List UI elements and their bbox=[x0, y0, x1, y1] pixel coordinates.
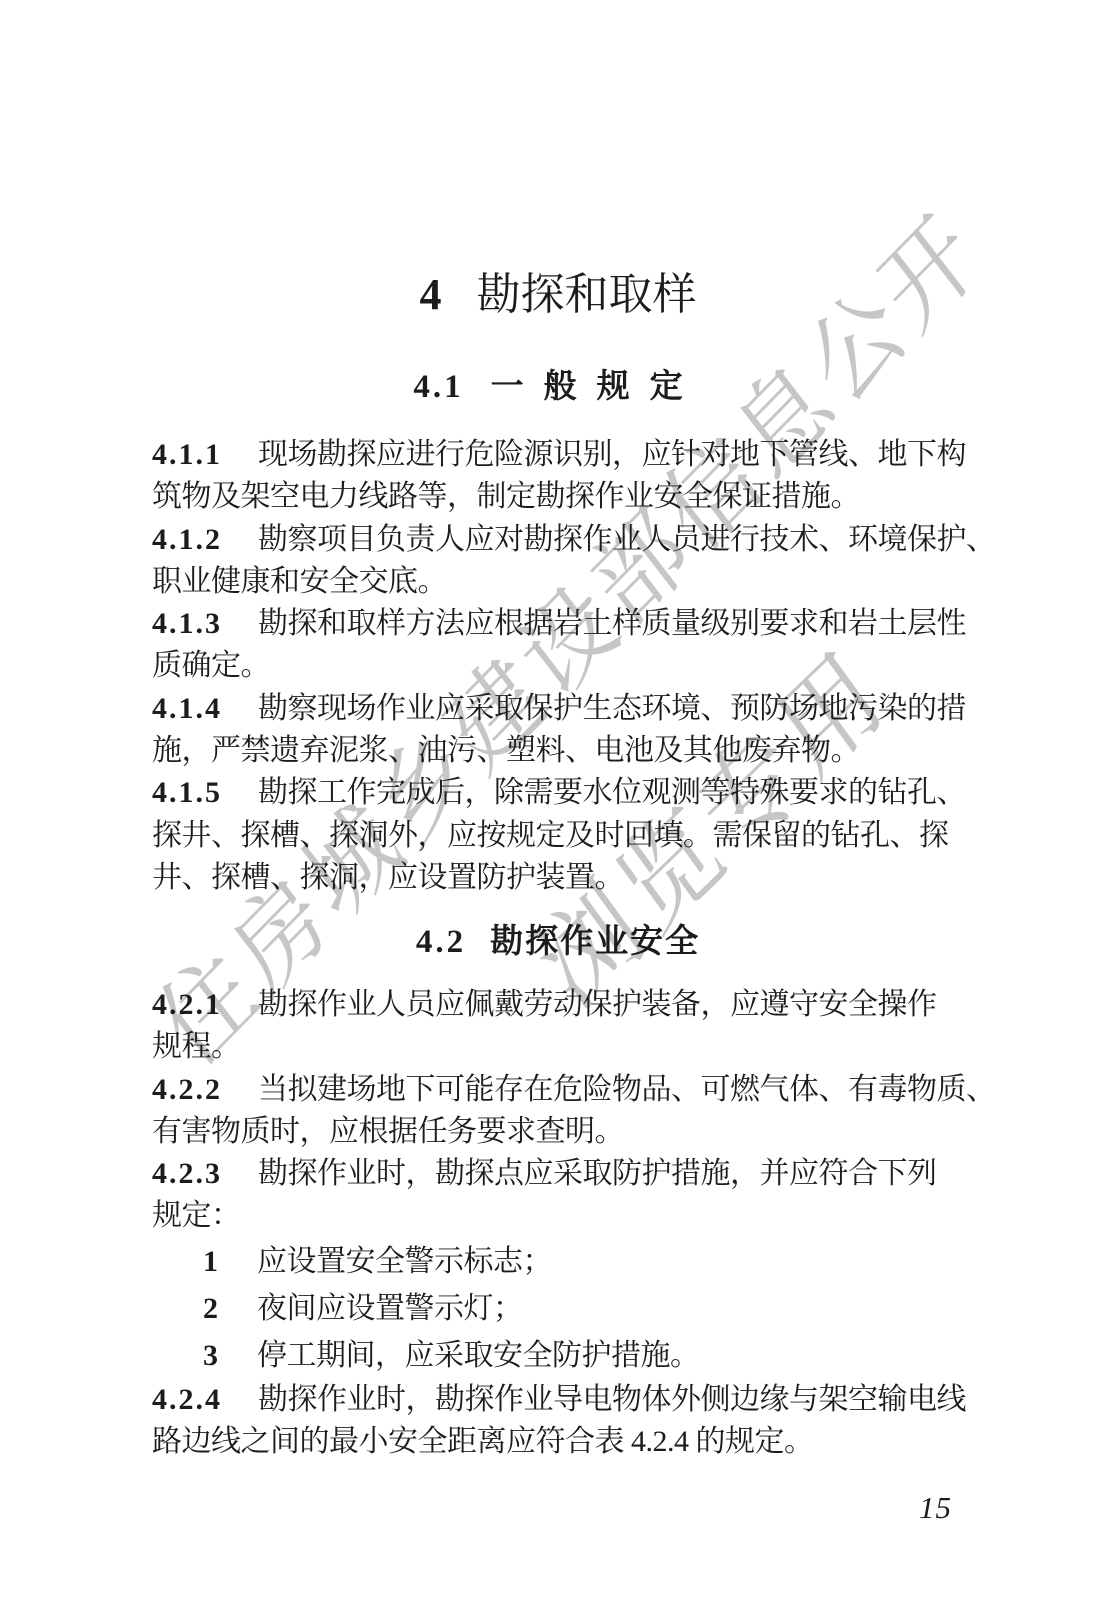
chapter-number: 4 bbox=[420, 270, 443, 319]
section-4-1-body: 4.1.1现场勘探应进行危险源识别，应针对地下管线、地下构 筑物及架空电力线路等… bbox=[152, 434, 982, 899]
list-item-number: 2 bbox=[203, 1285, 257, 1332]
chapter-heading: 4勘探和取样 bbox=[152, 268, 964, 322]
paragraph-4-1-2-line: 职业健康和安全交底。 bbox=[152, 561, 982, 603]
paragraph-number: 4.2.4 bbox=[152, 1379, 258, 1421]
list-item-text: 停工期间，应采取安全防护措施。 bbox=[257, 1339, 700, 1372]
paragraph-4-2-4-line: 4.2.4勘探作业时，勘探作业导电物体外侧边缘与架空输电线 bbox=[152, 1379, 982, 1421]
paragraph-4-1-5-line: 井、探槽、探洞，应设置防护装置。 bbox=[152, 857, 982, 899]
paragraph-4-1-3-line: 4.1.3勘探和取样方法应根据岩土样质量级别要求和岩土层性 bbox=[152, 603, 982, 645]
paragraph-text: 当拟建场地下可能存在危险物品、可燃气体、有毒物质、 bbox=[258, 1073, 996, 1106]
section-4-1-number: 4.1 bbox=[413, 369, 463, 405]
paragraph-4-2-2-line: 有害物质时，应根据任务要求查明。 bbox=[152, 1111, 982, 1153]
list-item-3: 3停工期间，应采取安全防护措施。 bbox=[152, 1332, 982, 1379]
list-item-text: 夜间应设置警示灯； bbox=[257, 1292, 523, 1325]
paragraph-text: 勘察现场作业应采取保护生态环境、预防场地污染的措 bbox=[258, 692, 966, 725]
list-item-number: 3 bbox=[203, 1332, 257, 1379]
list-item-2: 2夜间应设置警示灯； bbox=[152, 1285, 982, 1332]
section-4-2-body: 4.2.1勘探作业人员应佩戴劳动保护装备，应遵守安全操作 规程。 4.2.2当拟… bbox=[152, 984, 982, 1463]
list-item-number: 1 bbox=[203, 1238, 257, 1285]
paragraph-4-1-2-line: 4.1.2勘察项目负责人应对勘探作业人员进行技术、环境保护、 bbox=[152, 519, 982, 561]
paragraph-4-2-3-line: 规定： bbox=[152, 1195, 982, 1237]
list-item-1: 1应设置安全警示标志； bbox=[152, 1238, 982, 1285]
paragraph-4-2-2-line: 4.2.2当拟建场地下可能存在危险物品、可燃气体、有毒物质、 bbox=[152, 1069, 982, 1111]
section-4-2-title: 勘探作业安全 bbox=[490, 922, 700, 959]
paragraph-number: 4.2.3 bbox=[152, 1153, 258, 1195]
paragraph-text: 勘探作业时，勘探作业导电物体外侧边缘与架空输电线 bbox=[258, 1383, 966, 1416]
section-4-2-heading: 4.2勘探作业安全 bbox=[152, 920, 964, 963]
paragraph-text: 勘探工作完成后，除需要水位观测等特殊要求的钻孔、 bbox=[258, 776, 966, 809]
document-page: 住房城乡建设部信息公开 浏览专用 4勘探和取样 4.1一般规定 4.1.1现场勘… bbox=[0, 0, 1103, 1598]
paragraph-number: 4.1.5 bbox=[152, 772, 258, 814]
paragraph-number: 4.1.4 bbox=[152, 688, 258, 730]
paragraph-4-2-1-line: 4.2.1勘探作业人员应佩戴劳动保护装备，应遵守安全操作 bbox=[152, 984, 982, 1026]
list-item-text: 应设置安全警示标志； bbox=[257, 1245, 552, 1278]
paragraph-4-2-3-line: 4.2.3勘探作业时，勘探点应采取防护措施，并应符合下列 bbox=[152, 1153, 982, 1195]
paragraph-text: 勘探作业人员应佩戴劳动保护装备，应遵守安全操作 bbox=[258, 988, 937, 1021]
paragraph-text: 勘察项目负责人应对勘探作业人员进行技术、环境保护、 bbox=[258, 523, 996, 556]
paragraph-number: 4.2.2 bbox=[152, 1069, 258, 1111]
section-4-1-title: 一般规定 bbox=[491, 367, 703, 404]
paragraph-text: 勘探作业时，勘探点应采取防护措施，并应符合下列 bbox=[258, 1157, 937, 1190]
section-4-2-number: 4.2 bbox=[416, 924, 466, 960]
paragraph-number: 4.2.1 bbox=[152, 984, 258, 1026]
paragraph-4-1-1-line: 筑物及架空电力线路等，制定勘探作业安全保证措施。 bbox=[152, 476, 982, 518]
paragraph-number: 4.1.1 bbox=[152, 434, 258, 476]
paragraph-4-1-5-line: 4.1.5勘探工作完成后，除需要水位观测等特殊要求的钻孔、 bbox=[152, 772, 982, 814]
page-content: 4勘探和取样 4.1一般规定 4.1.1现场勘探应进行危险源识别，应针对地下管线… bbox=[0, 0, 1103, 1598]
paragraph-4-1-5-line: 探井、探槽、探洞外，应按规定及时回填。需保留的钻孔、探 bbox=[152, 815, 982, 857]
paragraph-4-1-1-line: 4.1.1现场勘探应进行危险源识别，应针对地下管线、地下构 bbox=[152, 434, 982, 476]
chapter-title: 勘探和取样 bbox=[477, 270, 697, 319]
paragraph-text: 现场勘探应进行危险源识别，应针对地下管线、地下构 bbox=[258, 438, 966, 471]
paragraph-4-2-1-line: 规程。 bbox=[152, 1026, 982, 1068]
paragraph-4-1-4-line: 施，严禁遗弃泥浆、油污、塑料、电池及其他废弃物。 bbox=[152, 730, 982, 772]
paragraph-number: 4.1.2 bbox=[152, 519, 258, 561]
paragraph-4-1-3-line: 质确定。 bbox=[152, 645, 982, 687]
paragraph-4-2-4-line: 路边线之间的最小安全距离应符合表 4.2.4 的规定。 bbox=[152, 1421, 982, 1463]
paragraph-number: 4.1.3 bbox=[152, 603, 258, 645]
paragraph-4-1-4-line: 4.1.4勘察现场作业应采取保护生态环境、预防场地污染的措 bbox=[152, 688, 982, 730]
paragraph-text: 勘探和取样方法应根据岩土样质量级别要求和岩土层性 bbox=[258, 607, 966, 640]
page-number: 15 bbox=[919, 1490, 952, 1526]
section-4-1-heading: 4.1一般规定 bbox=[152, 365, 964, 408]
